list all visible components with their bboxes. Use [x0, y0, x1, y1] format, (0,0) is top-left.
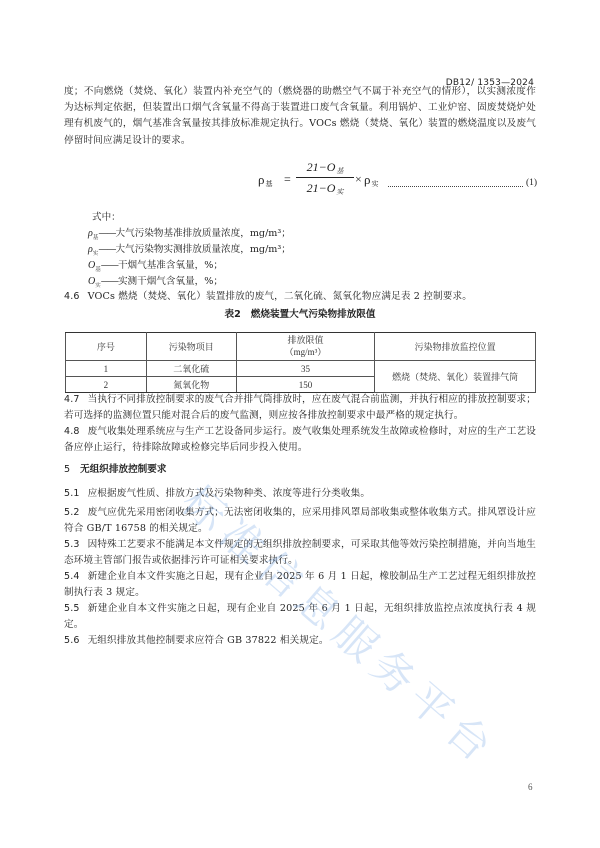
header-limit-label: 排放限值 — [237, 336, 375, 347]
header-seq: 序号 — [66, 333, 147, 361]
clause-text: 当执行不同排放控制要求的废气合并排气筒排放时，应在废气混合前监测，并执行相应的排… — [64, 394, 536, 421]
rhs-subscript: 实 — [372, 180, 379, 188]
symbol: ρ基 — [88, 228, 98, 239]
clause-text: 因特殊工艺要求不能满足本文件规定的无组织排放控制要求，可采取其他等效污染控制措施… — [64, 539, 536, 566]
rho-symbol: ρ — [364, 172, 371, 187]
header-limit-unit: （mg/m³） — [237, 347, 375, 358]
cell-pollutant: 氮氧化物 — [146, 377, 236, 393]
denominator-subscript: 实 — [336, 188, 343, 196]
clause-4-6: 4.6VOCs 燃烧（焚烧、氧化）装置排放的废气，二氧化硫、氮氧化物应满足表 2… — [64, 289, 536, 305]
section-number: 5 — [64, 464, 70, 475]
formula-1: ρ基 = 21−O基 21−O实 × ρ实 (1) — [258, 158, 538, 204]
fraction: 21−O基 21−O实 — [296, 158, 354, 197]
em-dash: —— — [101, 276, 118, 287]
section-5-heading: 5无组织排放控制要求 — [64, 461, 166, 475]
cell-seq: 2 — [66, 377, 147, 393]
clause-text: 废气应优先采用密闭收集方式；无法密闭收集的，应采用排风罩局部收集或整体收集方式。… — [64, 507, 536, 534]
times-sign: × — [355, 172, 362, 187]
header-location: 污染物排放监控位置 — [375, 333, 536, 361]
symbol: ρ实 — [88, 244, 98, 255]
emission-limits-table: 序号 污染物项目 排放限值（mg/m³） 污染物排放监控位置 1 二氧化硫 35… — [65, 332, 536, 393]
denominator: 21−O实 — [296, 179, 354, 197]
clause-text: 应根据废气性质、排放方式及污染物种类、浓度等进行分类收集。 — [88, 488, 371, 499]
clause-number: 5.2 — [64, 507, 80, 518]
clause-5-3: 5.3因特殊工艺要求不能满足本文件规定的无组织排放控制要求，可采取其他等效污染控… — [64, 537, 536, 569]
definition: 干烟气基准含氧量，%； — [118, 260, 223, 271]
clause-5-4: 5.4新建企业自本文件实施之日起，现有企业自 2025 年 6 月 1 日起，橡… — [64, 569, 536, 601]
denominator-text: 21−O — [307, 181, 336, 195]
clause-number: 5.5 — [64, 603, 80, 614]
page-number: 6 — [528, 782, 533, 792]
clause-5-5: 5.5新建企业自本文件实施之日起，现有企业自 2025 年 6 月 1 日起，无… — [64, 601, 536, 633]
clause-5-2: 5.2废气应优先采用密闭收集方式；无法密闭收集的，应采用排风罩局部收集或整体收集… — [64, 505, 536, 537]
cell-location: 燃烧（焚烧、氧化）装置排气筒 — [375, 361, 536, 393]
clause-number: 5.4 — [64, 571, 80, 582]
symbol: O实 — [88, 276, 101, 287]
intro-paragraph: 度；不向燃烧（焚烧、氧化）装置内补充空气的（燃烧器的助燃空气不属于补充空气的情形… — [64, 84, 536, 149]
em-dash: —— — [101, 260, 118, 271]
clause-number: 4.8 — [64, 426, 80, 437]
formula-lhs: ρ基 — [258, 172, 273, 189]
document-page: DB12/ 1353—2024 度；不向燃烧（焚烧、氧化）装置内补充空气的（燃烧… — [0, 0, 600, 848]
clause-number: 5.3 — [64, 539, 80, 550]
clause-5-1: 5.1应根据废气性质、排放方式及污染物种类、浓度等进行分类收集。 — [64, 486, 536, 502]
definition: 大气污染物基准排放质量浓度，mg/m³； — [116, 228, 291, 239]
fraction-bar — [296, 177, 354, 178]
dot-leader — [388, 186, 523, 187]
clause-5-6: 5.6无组织排放其他控制要求应符合 GB 37822 相关规定。 — [64, 633, 536, 649]
cell-limit: 35 — [236, 361, 375, 377]
clause-number: 4.6 — [64, 291, 80, 302]
cell-limit: 150 — [236, 377, 375, 393]
formula-rhs: ρ实 — [364, 172, 379, 189]
cell-seq: 1 — [66, 361, 147, 377]
em-dash: —— — [98, 228, 115, 239]
symbol: O基 — [88, 260, 101, 271]
cell-pollutant: 二氧化硫 — [146, 361, 236, 377]
clause-text: 新建企业自本文件实施之日起，现有企业自 2025 年 6 月 1 日起，橡胶制品… — [64, 571, 536, 598]
lhs-subscript: 基 — [266, 180, 273, 188]
clause-4-8: 4.8废气收集处理系统应与生产工艺设备同步运行。废气收集处理系统发生故障或检修时… — [64, 424, 536, 456]
clause-number: 4.7 — [64, 394, 80, 405]
table-title: 燃烧装置大气污染物排放限值 — [251, 309, 376, 320]
clause-number: 5.1 — [64, 488, 80, 499]
table-header-row: 序号 污染物项目 排放限值（mg/m³） 污染物排放监控位置 — [66, 333, 536, 361]
numerator-subscript: 基 — [336, 167, 343, 175]
clause-number: 5.6 — [64, 635, 80, 646]
table-number: 表2 — [225, 309, 241, 320]
rho-symbol: ρ — [258, 172, 265, 187]
numerator-text: 21−O — [307, 160, 336, 174]
where-label: 式中： — [92, 210, 121, 226]
numerator: 21−O基 — [296, 158, 354, 176]
clause-text: VOCs 燃烧（焚烧、氧化）装置排放的废气，二氧化硫、氮氧化物应满足表 2 控制… — [88, 291, 472, 302]
table-row: 1 二氧化硫 35 燃烧（焚烧、氧化）装置排气筒 — [66, 361, 536, 377]
table-caption: 表2燃烧装置大气污染物排放限值 — [0, 306, 600, 320]
header-limit: 排放限值（mg/m³） — [236, 333, 375, 361]
definition: 实测干烟气含氧量，%； — [118, 276, 223, 287]
section-title: 无组织排放控制要求 — [80, 464, 166, 475]
equation-number: (1) — [526, 178, 537, 188]
header-pollutant: 污染物项目 — [146, 333, 236, 361]
definition: 大气污染物实测排放质量浓度，mg/m³； — [116, 244, 291, 255]
clause-text: 新建企业自本文件实施之日起，现有企业自 2025 年 6 月 1 日起，无组织排… — [64, 603, 536, 630]
clause-text: 无组织排放其他控制要求应符合 GB 37822 相关规定。 — [88, 635, 329, 646]
equals-sign: = — [284, 172, 291, 187]
clause-text: 废气收集处理系统应与生产工艺设备同步运行。废气收集处理系统发生故障或检修时，对应… — [64, 426, 536, 453]
em-dash: —— — [98, 244, 115, 255]
clause-4-7: 4.7当执行不同排放控制要求的废气合并排气筒排放时，应在废气混合前监测，并执行相… — [64, 392, 536, 424]
